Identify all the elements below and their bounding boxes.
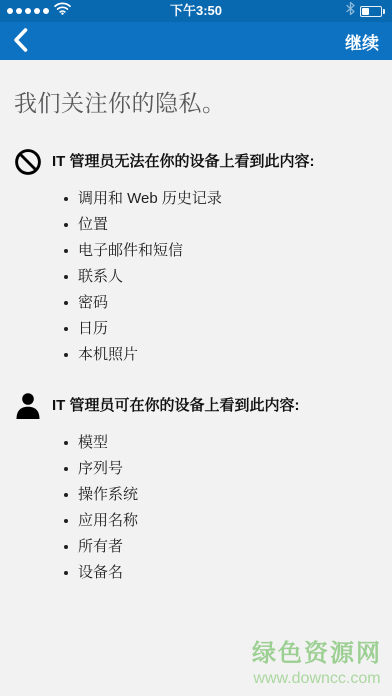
section-admin-can-see: IT 管理员可在你的设备上看到此内容: 模型 序列号 操作系统 应用名称 所有者… [14,392,378,586]
visible-items-list: 模型 序列号 操作系统 应用名称 所有者 设备名 [52,430,378,586]
status-bar: 下午3:50 [0,0,392,22]
prohibition-icon [14,148,52,181]
list-item: 所有者 [52,534,378,560]
section-header: IT 管理员可在你的设备上看到此内容: [52,392,378,425]
list-item: 模型 [52,430,378,456]
person-icon [14,392,52,425]
list-item: 应用名称 [52,508,378,534]
wifi-icon [54,2,71,20]
status-bar-left [7,2,71,20]
list-item: 电子邮件和短信 [52,238,378,264]
list-item: 调用和 Web 历史记录 [52,186,378,212]
section-admin-cannot-see: IT 管理员无法在你的设备上看到此内容: 调用和 Web 历史记录 位置 电子邮… [14,148,378,368]
app-window: 下午3:50 继续 我们关注你的隐私。 [0,0,392,696]
watermark-site-url: www.downcc.com [252,670,382,688]
watermark-site-name: 绿色资源网 [252,640,382,668]
watermark-badge: 绿色资源网 www.downcc.com [252,640,382,688]
list-item: 日历 [52,316,378,342]
back-button[interactable] [10,25,30,58]
bluetooth-icon [346,2,355,20]
status-bar-right [346,2,385,20]
continue-button[interactable]: 继续 [345,29,379,54]
nav-bar: 继续 [0,22,392,60]
list-item: 序列号 [52,456,378,482]
privacy-screen: 我们关注你的隐私。 IT 管理员无法在你的设备上看到此内容: 调用和 Web 历… [0,85,392,586]
signal-icon [7,8,49,14]
list-item: 联系人 [52,264,378,290]
list-item: 密码 [52,290,378,316]
chevron-left-icon [12,27,28,56]
list-item: 操作系统 [52,482,378,508]
page-title: 我们关注你的隐私。 [14,85,378,118]
list-item: 位置 [52,212,378,238]
section-header: IT 管理员无法在你的设备上看到此内容: [52,148,378,181]
list-item: 设备名 [52,560,378,586]
blocked-items-list: 调用和 Web 历史记录 位置 电子邮件和短信 联系人 密码 日历 本机照片 [52,186,378,368]
list-item: 本机照片 [52,342,378,368]
battery-icon [360,6,385,17]
